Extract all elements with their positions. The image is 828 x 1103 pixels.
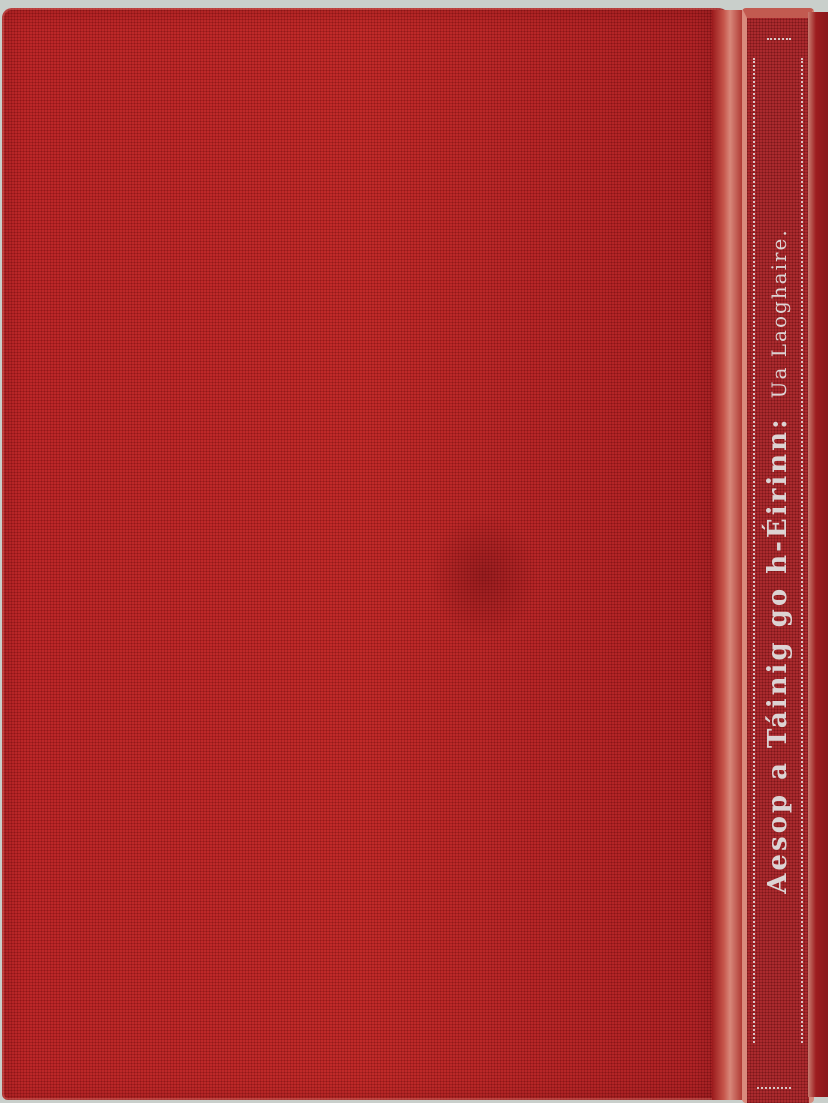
- spine-title: Aesop a Táinig go h-Éirinn:: [763, 416, 793, 893]
- spine-lettering: Aesop a Táinig go h-Éirinn: Ua Laoghaire…: [763, 61, 793, 1061]
- back-cover: [2, 8, 732, 1100]
- spine-dotted-rule-left: [753, 58, 755, 1043]
- book-spine: Aesop a Táinig go h-Éirinn: Ua Laoghaire…: [742, 8, 814, 1103]
- spine-author: Ua Laoghaire.: [767, 228, 791, 398]
- cover-hinge: [712, 10, 742, 1100]
- spine-dotted-rule-top: [767, 38, 791, 40]
- spine-dotted-rule-bottom: [757, 1087, 791, 1089]
- spine-dotted-rule-right: [801, 58, 803, 1043]
- adjacent-cover-edge: [808, 12, 828, 1097]
